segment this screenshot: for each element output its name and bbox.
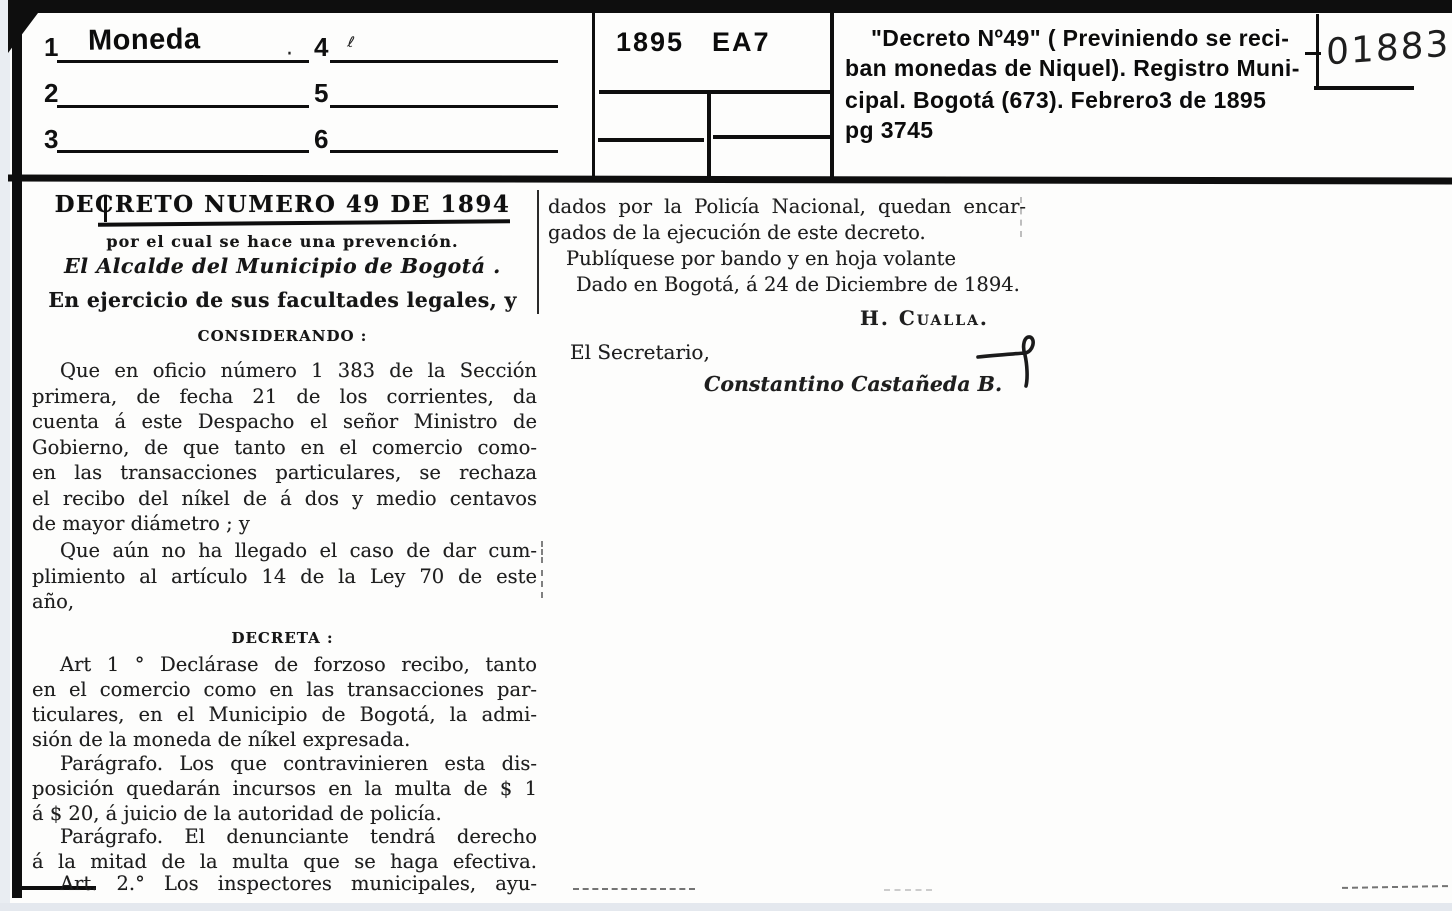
decree-subtitle: por el cual se hace una prevención. [30,232,535,251]
decree-issuer: El Alcalde del Municipio de Bogotá . [30,254,535,278]
text-line: dados por la Policía Nacional, quedan en… [548,194,1026,220]
text-line: plimiento al artículo 14 de la Ley 70 de… [32,564,537,590]
archive-card-scan: 1 Moneda · 4 ℓ 2 5 3 6 1895 EA7 "Decreto… [0,0,1452,911]
catalog-line: "Decreto Nº49" ( Previniendo se reci- [845,24,1300,54]
stamp-grid-hline-right [713,135,830,139]
form-blank-line-4 [330,60,558,63]
form-field-number: 4 [314,32,328,63]
stamp-year: 1895 [616,27,684,58]
paragraph: dados por la Policía Nacional, quedan en… [548,194,1026,246]
signature-cualla: H. Cualla. [548,306,1053,330]
text-line: Gobierno, de que tanto en el comercio co… [32,435,537,461]
ink-dot: · [286,42,293,67]
paragraph: Art 1 ° Declárase de forzoso recibo, tan… [32,652,537,752]
text-line: sión de la moneda de níkel expresada. [32,727,537,752]
text-line: Parágrafo. Los que contravinieren esta d… [32,751,537,776]
form-field-number: 5 [314,78,328,109]
scan-edge-left [0,0,10,911]
form-blank-line-2 [57,105,309,108]
form-blank-line-5 [330,105,558,108]
card-border-left [12,0,22,898]
form-blank-line-3 [57,150,309,153]
text-line: año, [32,589,537,615]
text-line: Parágrafo. El denunciante tendrá derecho [32,824,537,849]
section-divider-line [8,174,1452,184]
text-line: en las transacciones particulares, se re… [32,460,537,486]
decree-title: DECRETO NUMERO 49 DE 1894 [30,191,535,218]
form-field-number: 6 [314,124,328,155]
decree-opening: En ejercicio de sus facultades legales, … [30,288,535,312]
column-divider-dash [541,570,543,598]
text-line: ticulares, en el Municipio de Bogotá, la… [32,702,537,727]
ink-tick: ℓ [346,33,356,52]
text-line: Publíquese por bando y en hoja volante [566,246,1071,272]
catalog-line: ban monedas de Niquel). Registro Muni- [845,54,1300,84]
catalog-entry: "Decreto Nº49" ( Previniendo se reci- ba… [845,24,1300,145]
pen-arrow-mark [975,330,1047,397]
text-line: cuenta á este Despacho el señor Ministro… [32,409,537,435]
serial-dash [1305,52,1321,55]
text-line: Art 1 ° Declárase de forzoso recibo, tan… [32,652,537,677]
stamp-grid-vline-mid [707,90,711,181]
text-line: el recibo del níkel de á dos y medio cen… [32,486,537,512]
paragraph: Parágrafo. Los que contravinieren esta d… [32,751,537,826]
scan-edge-bottom [0,903,1452,911]
text-line: Que en oficio número 1 383 de la Sección [32,358,537,384]
stamp-grid-hline-left [598,138,704,142]
paragraph: Que aún no ha llegado el caso de dar cum… [32,538,537,615]
title-underline [98,219,510,227]
serial-box-hline [1314,86,1414,90]
heading-decreta: DECRETA : [30,629,535,647]
form-field-value-moneda: Moneda [88,23,201,58]
serial-box-vline [1316,14,1319,88]
text-line: en el comercio como en las transacciones… [32,677,537,702]
heading-considerando: CONSIDERANDO : [30,327,535,345]
text-line: á $ 20, á juicio de la autoridad de poli… [32,801,537,826]
column-divider-dash [541,541,543,563]
text-line: primera, de fecha 21 de los corrientes, … [32,384,537,410]
stamp-grid-hline-top [599,90,830,94]
paragraph: Art. 2.° Los inspectores municipales, ay… [32,871,537,896]
card-border-top [8,0,1452,13]
text-line: de mayor diámetro ; y [32,511,537,537]
stamp-code: EA7 [712,27,771,58]
catalog-line: pg 3745 [845,116,1300,146]
stamp-box-left-border [592,11,595,181]
scan-artifact-dash [1342,885,1448,889]
stamp-box-right-border [830,4,834,181]
serial-number: 01883 [1326,24,1450,74]
text-line: gados de la ejecución de este decreto. [548,220,1026,246]
catalog-line: cipal. Bogotá (673). Febrero3 de 1895 [845,86,1300,116]
text-line: Que aún no ha llegado el caso de dar cum… [32,538,537,564]
paragraph: Que en oficio número 1 383 de la Sección… [32,358,537,537]
scan-artifact-dash [573,888,695,890]
scan-artifact-dash [884,889,932,891]
form-blank-line-1 [57,60,309,63]
text-line: posición quedarán incursos en la multa d… [32,776,537,801]
form-field-number: 1 [44,32,58,63]
column-divider [537,190,539,314]
text-line: Dado en Bogotá, á 24 de Diciembre de 189… [576,272,1081,298]
paragraph: Parágrafo. El denunciante tendrá derecho… [32,824,537,874]
form-blank-line-6 [330,150,558,153]
